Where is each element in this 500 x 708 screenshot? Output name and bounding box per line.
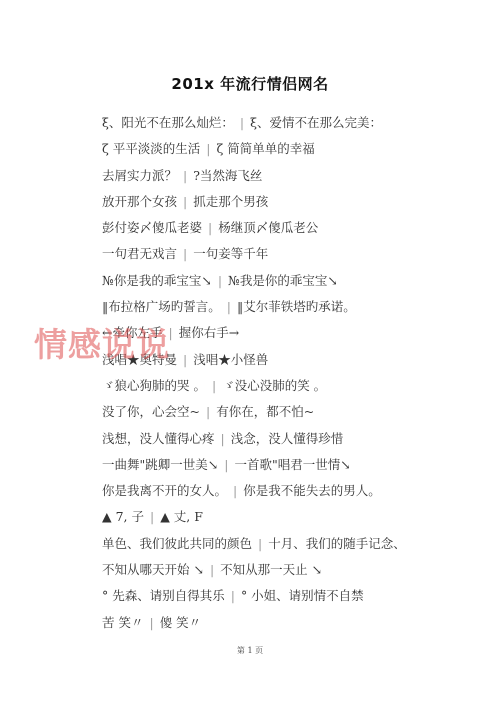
page-number: 第 1 页 <box>0 645 500 656</box>
separator: | <box>150 509 154 524</box>
list-item: ° 先森、请别自得其乐|° 小姐、请别情不自禁 <box>102 587 462 613</box>
name-right: 一首歌"唱君一世情↘ <box>234 457 350 472</box>
list-item: ξ、阳光不在那么灿烂：|ξ、爱情不在那么完美： <box>102 114 462 140</box>
list-item: 单色、我们彼此共同的颜色|十月、我们的随手记念、 <box>102 535 462 561</box>
name-left: 你是我离不开的女人。 <box>102 483 227 498</box>
name-right: 你是我不能失去的男人。 <box>243 483 381 498</box>
name-right: 握你右手→ <box>179 325 239 340</box>
separator: | <box>221 431 225 446</box>
name-left: 单色、我们彼此共同的颜色 <box>102 536 252 551</box>
list-item: ‖布拉格广场旳誓言。|‖艾尔菲铁塔旳承诺。 <box>102 298 462 324</box>
name-left: ‖布拉格广场旳誓言。 <box>102 299 221 314</box>
separator: | <box>218 273 222 288</box>
name-left: ゞ狼心狗肺的哭 。 <box>102 378 206 393</box>
name-right: ▲ 丈, F <box>160 509 203 524</box>
name-left: 去屑实力派？ <box>102 168 177 183</box>
separator: | <box>183 352 187 367</box>
separator: | <box>208 220 212 235</box>
list-item: 你是我离不开的女人。|你是我不能失去的男人。 <box>102 482 462 508</box>
document-page: 201x 年流行情侣网名 ξ、阳光不在那么灿烂：|ξ、爱情不在那么完美： ζ 平… <box>0 0 500 708</box>
list-item: 不知从哪天开始 ↘|不知从那一天止 ↘ <box>102 561 462 587</box>
separator: | <box>224 457 228 472</box>
name-left: 放开那个女孩 <box>102 194 177 209</box>
name-right: ゞ没心没肺的笑 。 <box>222 378 326 393</box>
separator: | <box>212 378 216 393</box>
name-right: 浅唱★小怪兽 <box>193 352 268 367</box>
name-right: ζ 简简单单的幸福 <box>216 141 314 156</box>
name-left: 彭付姿〆傻瓜老婆 <box>102 220 202 235</box>
name-left: ←牵你左手 <box>102 325 162 340</box>
separator: | <box>206 404 210 419</box>
separator: | <box>183 194 187 209</box>
name-left: ζ 平平淡淡的生活 <box>102 141 200 156</box>
name-right: №我是你的乖宝宝↘ <box>228 273 338 288</box>
name-right: ?当然海飞丝 <box>193 168 262 183</box>
separator: | <box>149 615 153 630</box>
couple-names-list: ξ、阳光不在那么灿烂：|ξ、爱情不在那么完美： ζ 平平淡淡的生活|ζ 简简单单… <box>102 114 462 640</box>
name-left: ξ、阳光不在那么灿烂： <box>102 115 234 130</box>
name-right: 一句妾等千年 <box>193 246 268 261</box>
separator: | <box>183 168 187 183</box>
separator: | <box>168 325 172 340</box>
name-right: 有你在，都不怕~ <box>216 404 314 419</box>
list-item: 彭付姿〆傻瓜老婆|杨继顶〆傻瓜老公 <box>102 219 462 245</box>
list-item: ▲ 7, 子|▲ 丈, F <box>102 508 462 534</box>
name-right: ξ、爱情不在那么完美： <box>250 115 382 130</box>
separator: | <box>227 299 231 314</box>
list-item: 浅想，没人懂得心疼|浅念，没人懂得珍惜 <box>102 430 462 456</box>
name-left: ° 先森、请别自得其乐 <box>102 588 225 603</box>
list-item: ←牵你左手|握你右手→ <box>102 324 462 350</box>
list-item: ゞ狼心狗肺的哭 。|ゞ没心没肺的笑 。 <box>102 377 462 403</box>
name-left: 一曲舞"跳卿一世美↘ <box>102 457 218 472</box>
name-left: 苦 笑〃 <box>102 615 143 630</box>
separator: | <box>240 115 244 130</box>
list-item: ζ 平平淡淡的生活|ζ 简简单单的幸福 <box>102 140 462 166</box>
list-item: 苦 笑〃|傻 笑〃 <box>102 614 462 640</box>
name-right: 不知从那一天止 ↘ <box>220 562 322 577</box>
name-right: ° 小姐、请别情不自禁 <box>241 588 364 603</box>
name-left: 浅唱★奥特曼 <box>102 352 177 367</box>
separator: | <box>210 562 214 577</box>
name-right: 浅念，没人懂得珍惜 <box>231 431 344 446</box>
document-title: 201x 年流行情侣网名 <box>0 73 500 94</box>
list-item: 浅唱★奥特曼|浅唱★小怪兽 <box>102 351 462 377</box>
list-item: 去屑实力派？|?当然海飞丝 <box>102 167 462 193</box>
name-left: 浅想，没人懂得心疼 <box>102 431 215 446</box>
list-item: 一句君无戏言|一句妾等千年 <box>102 245 462 271</box>
name-right: 傻 笑〃 <box>160 615 201 630</box>
name-left: №你是我的乖宝宝↘ <box>102 273 212 288</box>
name-right: 十月、我们的随手记念、 <box>268 536 406 551</box>
separator: | <box>183 246 187 261</box>
name-left: 不知从哪天开始 ↘ <box>102 562 204 577</box>
name-left: 没了你，心会空~ <box>102 404 200 419</box>
name-right: 杨继顶〆傻瓜老公 <box>218 220 318 235</box>
separator: | <box>206 141 210 156</box>
separator: | <box>231 588 235 603</box>
list-item: №你是我的乖宝宝↘|№我是你的乖宝宝↘ <box>102 272 462 298</box>
name-right: 抓走那个男孩 <box>193 194 268 209</box>
separator: | <box>233 483 237 498</box>
name-right: ‖艾尔菲铁塔旳承诺。 <box>237 299 356 314</box>
list-item: 放开那个女孩|抓走那个男孩 <box>102 193 462 219</box>
name-left: ▲ 7, 子 <box>102 509 144 524</box>
separator: | <box>258 536 262 551</box>
list-item: 一曲舞"跳卿一世美↘|一首歌"唱君一世情↘ <box>102 456 462 482</box>
list-item: 没了你，心会空~|有你在，都不怕~ <box>102 403 462 429</box>
name-left: 一句君无戏言 <box>102 246 177 261</box>
